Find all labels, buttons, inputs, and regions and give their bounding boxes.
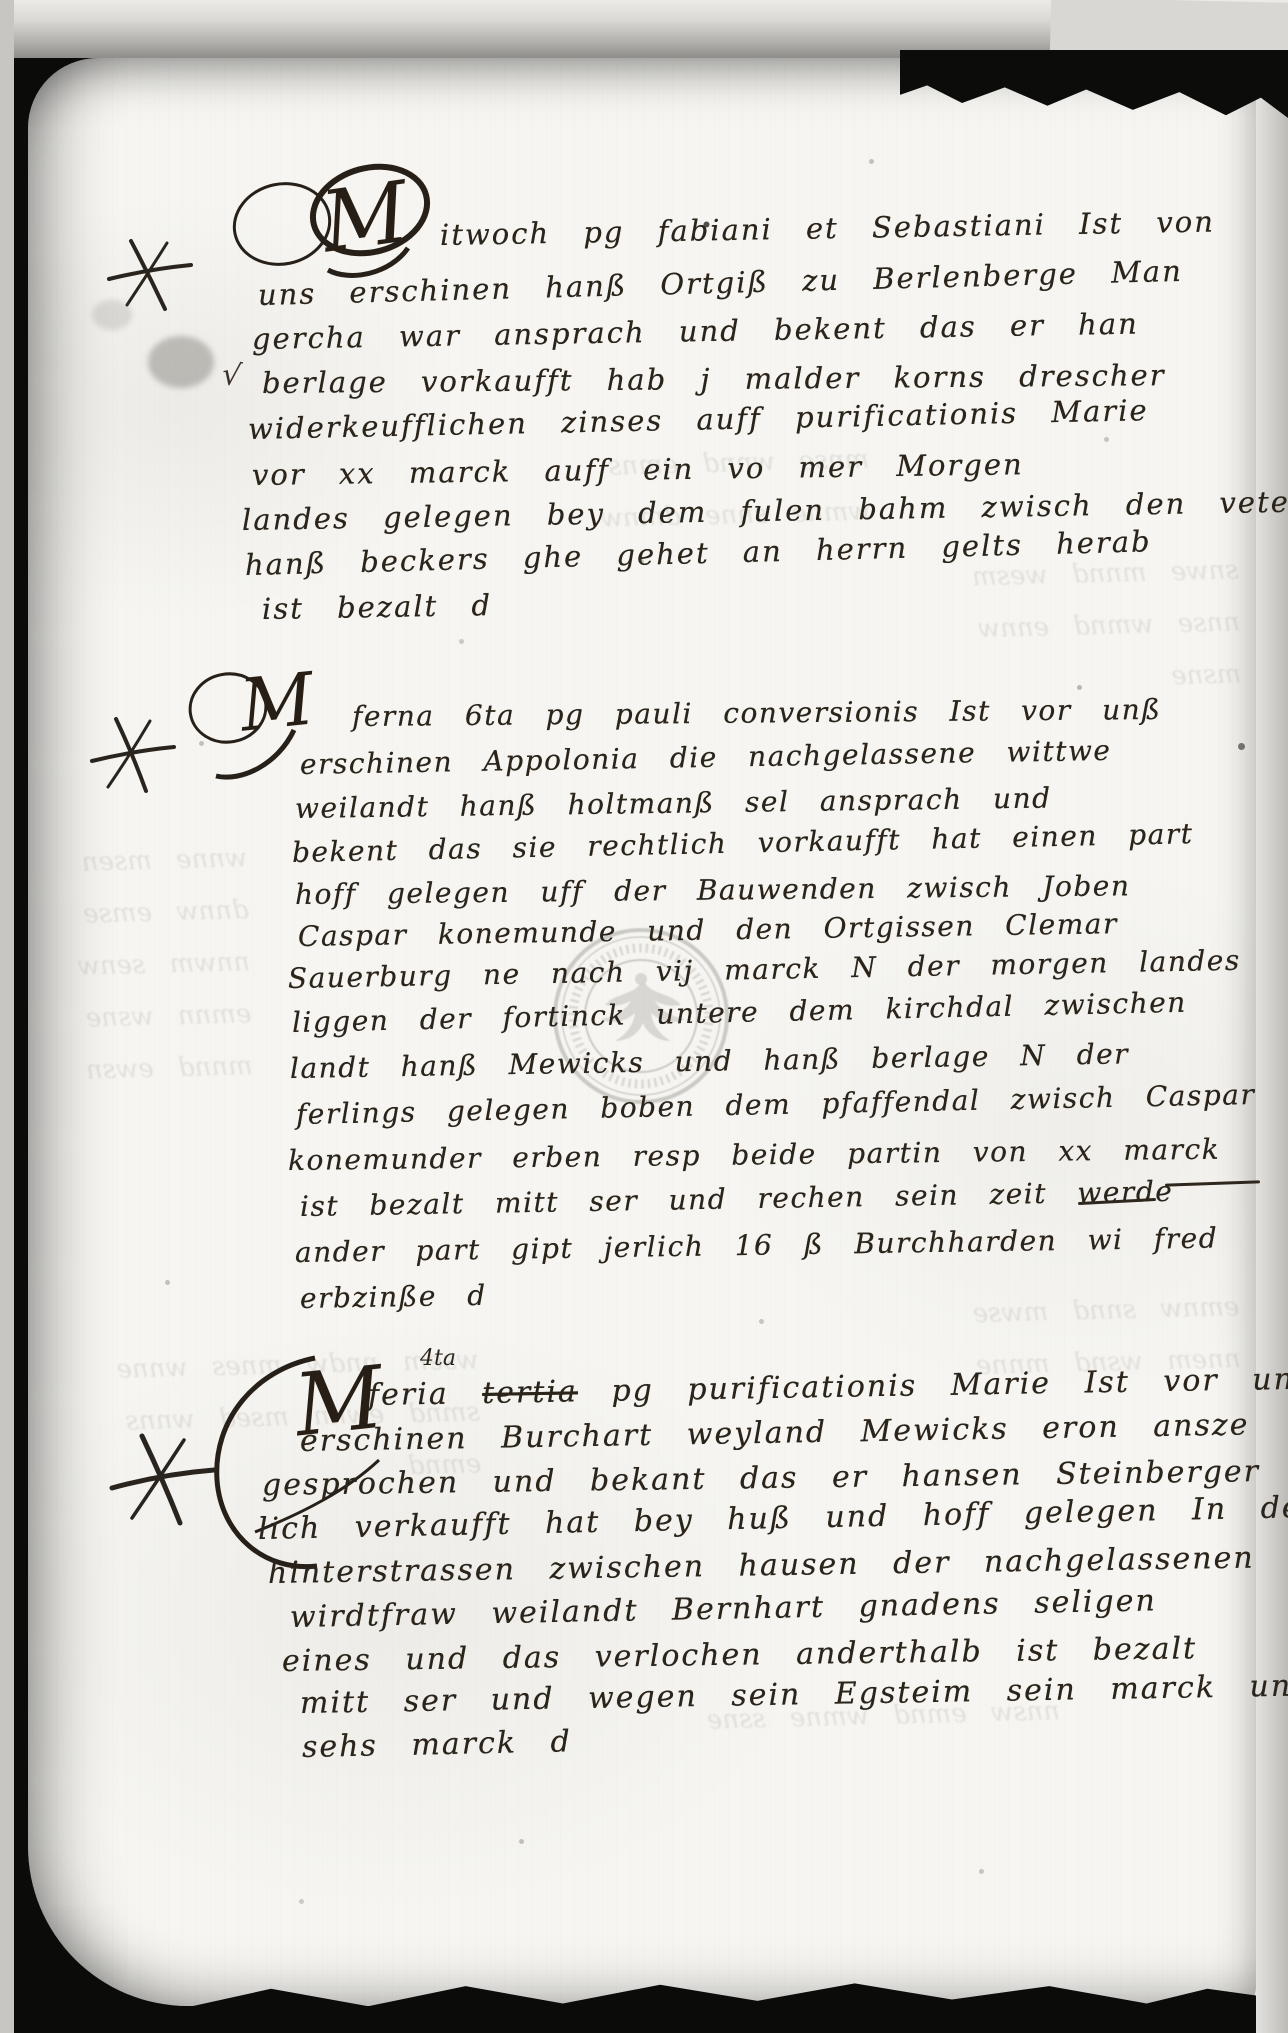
line-word: feria <box>368 1377 449 1413</box>
pen-flourish-dash <box>1165 1180 1260 1186</box>
manuscript-line: weilandt hanß holtmanß sel ansprach und <box>295 781 1052 825</box>
manuscript-line: erschinen Appolonia die nachgelassene wi… <box>300 734 1112 781</box>
manuscript-line: erbzinße d <box>300 1279 487 1315</box>
manuscript-line: bekent das sie rechtlich vorkaufft hat e… <box>292 817 1194 869</box>
line-word: pg purificationis Marie Ist vor uns <box>611 1362 1288 1409</box>
manuscript-line: ander part gipt jerlich 16 ß Burchharden… <box>295 1222 1219 1269</box>
manuscript-line: konemunder erben resp beide partin von x… <box>288 1133 1221 1177</box>
manuscript-line: hoff gelegen uff der Bauwenden zwisch Jo… <box>295 869 1131 911</box>
margin-asterisk <box>88 715 178 795</box>
ink-layer: wnne msen dnnw emse nnwm senw emnn wsne … <box>0 0 1288 2033</box>
manuscript-line: liggen der fortinck untere dem kirchdal … <box>292 986 1188 1039</box>
entry-initial: M <box>316 162 415 271</box>
manuscript-scan: wnne msen dnnw emse nnwm senw emnn wsne … <box>0 0 1288 2033</box>
manuscript-line: itwoch pg fabiani et Sebastiani Ist von <box>440 204 1215 252</box>
manuscript-line: vor xx marck auff ein vo mer Morgen <box>252 447 1024 492</box>
manuscript-line: sehs marck d <box>302 1724 572 1765</box>
manuscript-line: ist bezalt d <box>262 588 493 626</box>
manuscript-line: ferlings gelegen boben dem pfaffendal zw… <box>296 1078 1256 1131</box>
ink-specks <box>0 0 3 3</box>
manuscript-line: berlage vorkaufft hab j malder korns dre… <box>262 358 1166 400</box>
manuscript-line: ferna 6ta pg pauli conversionis Ist vor … <box>352 693 1162 733</box>
superscript-correction: 4ta <box>420 1346 456 1371</box>
margin-check-mark: √ <box>220 357 244 394</box>
entry-initial: M <box>236 656 318 747</box>
manuscript-line: Caspar konemunde und den Ortgissen Clema… <box>298 907 1118 953</box>
margin-asterisk <box>108 1432 218 1527</box>
bleedthrough-patch: wnne msen dnnw emse nnwm senw emnn wsne … <box>32 832 254 1098</box>
bleedthrough-patch: snwe mnnd wesm nnse wmnd ennw msne <box>958 544 1242 707</box>
manuscript-line: wirdtfraw weilandt Bernhart gnadens seli… <box>290 1583 1157 1635</box>
manuscript-line: ist bezalt mitt ser und rechen sein zeit… <box>300 1175 1174 1223</box>
ink-smudge <box>92 300 132 330</box>
manuscript-line: feria tertia pg purificationis Marie Ist… <box>368 1362 1288 1413</box>
struck-word: tertia <box>482 1374 578 1411</box>
ink-smudge <box>148 336 214 388</box>
manuscript-line: gercha war ansprach und bekent das er ha… <box>252 307 1139 356</box>
